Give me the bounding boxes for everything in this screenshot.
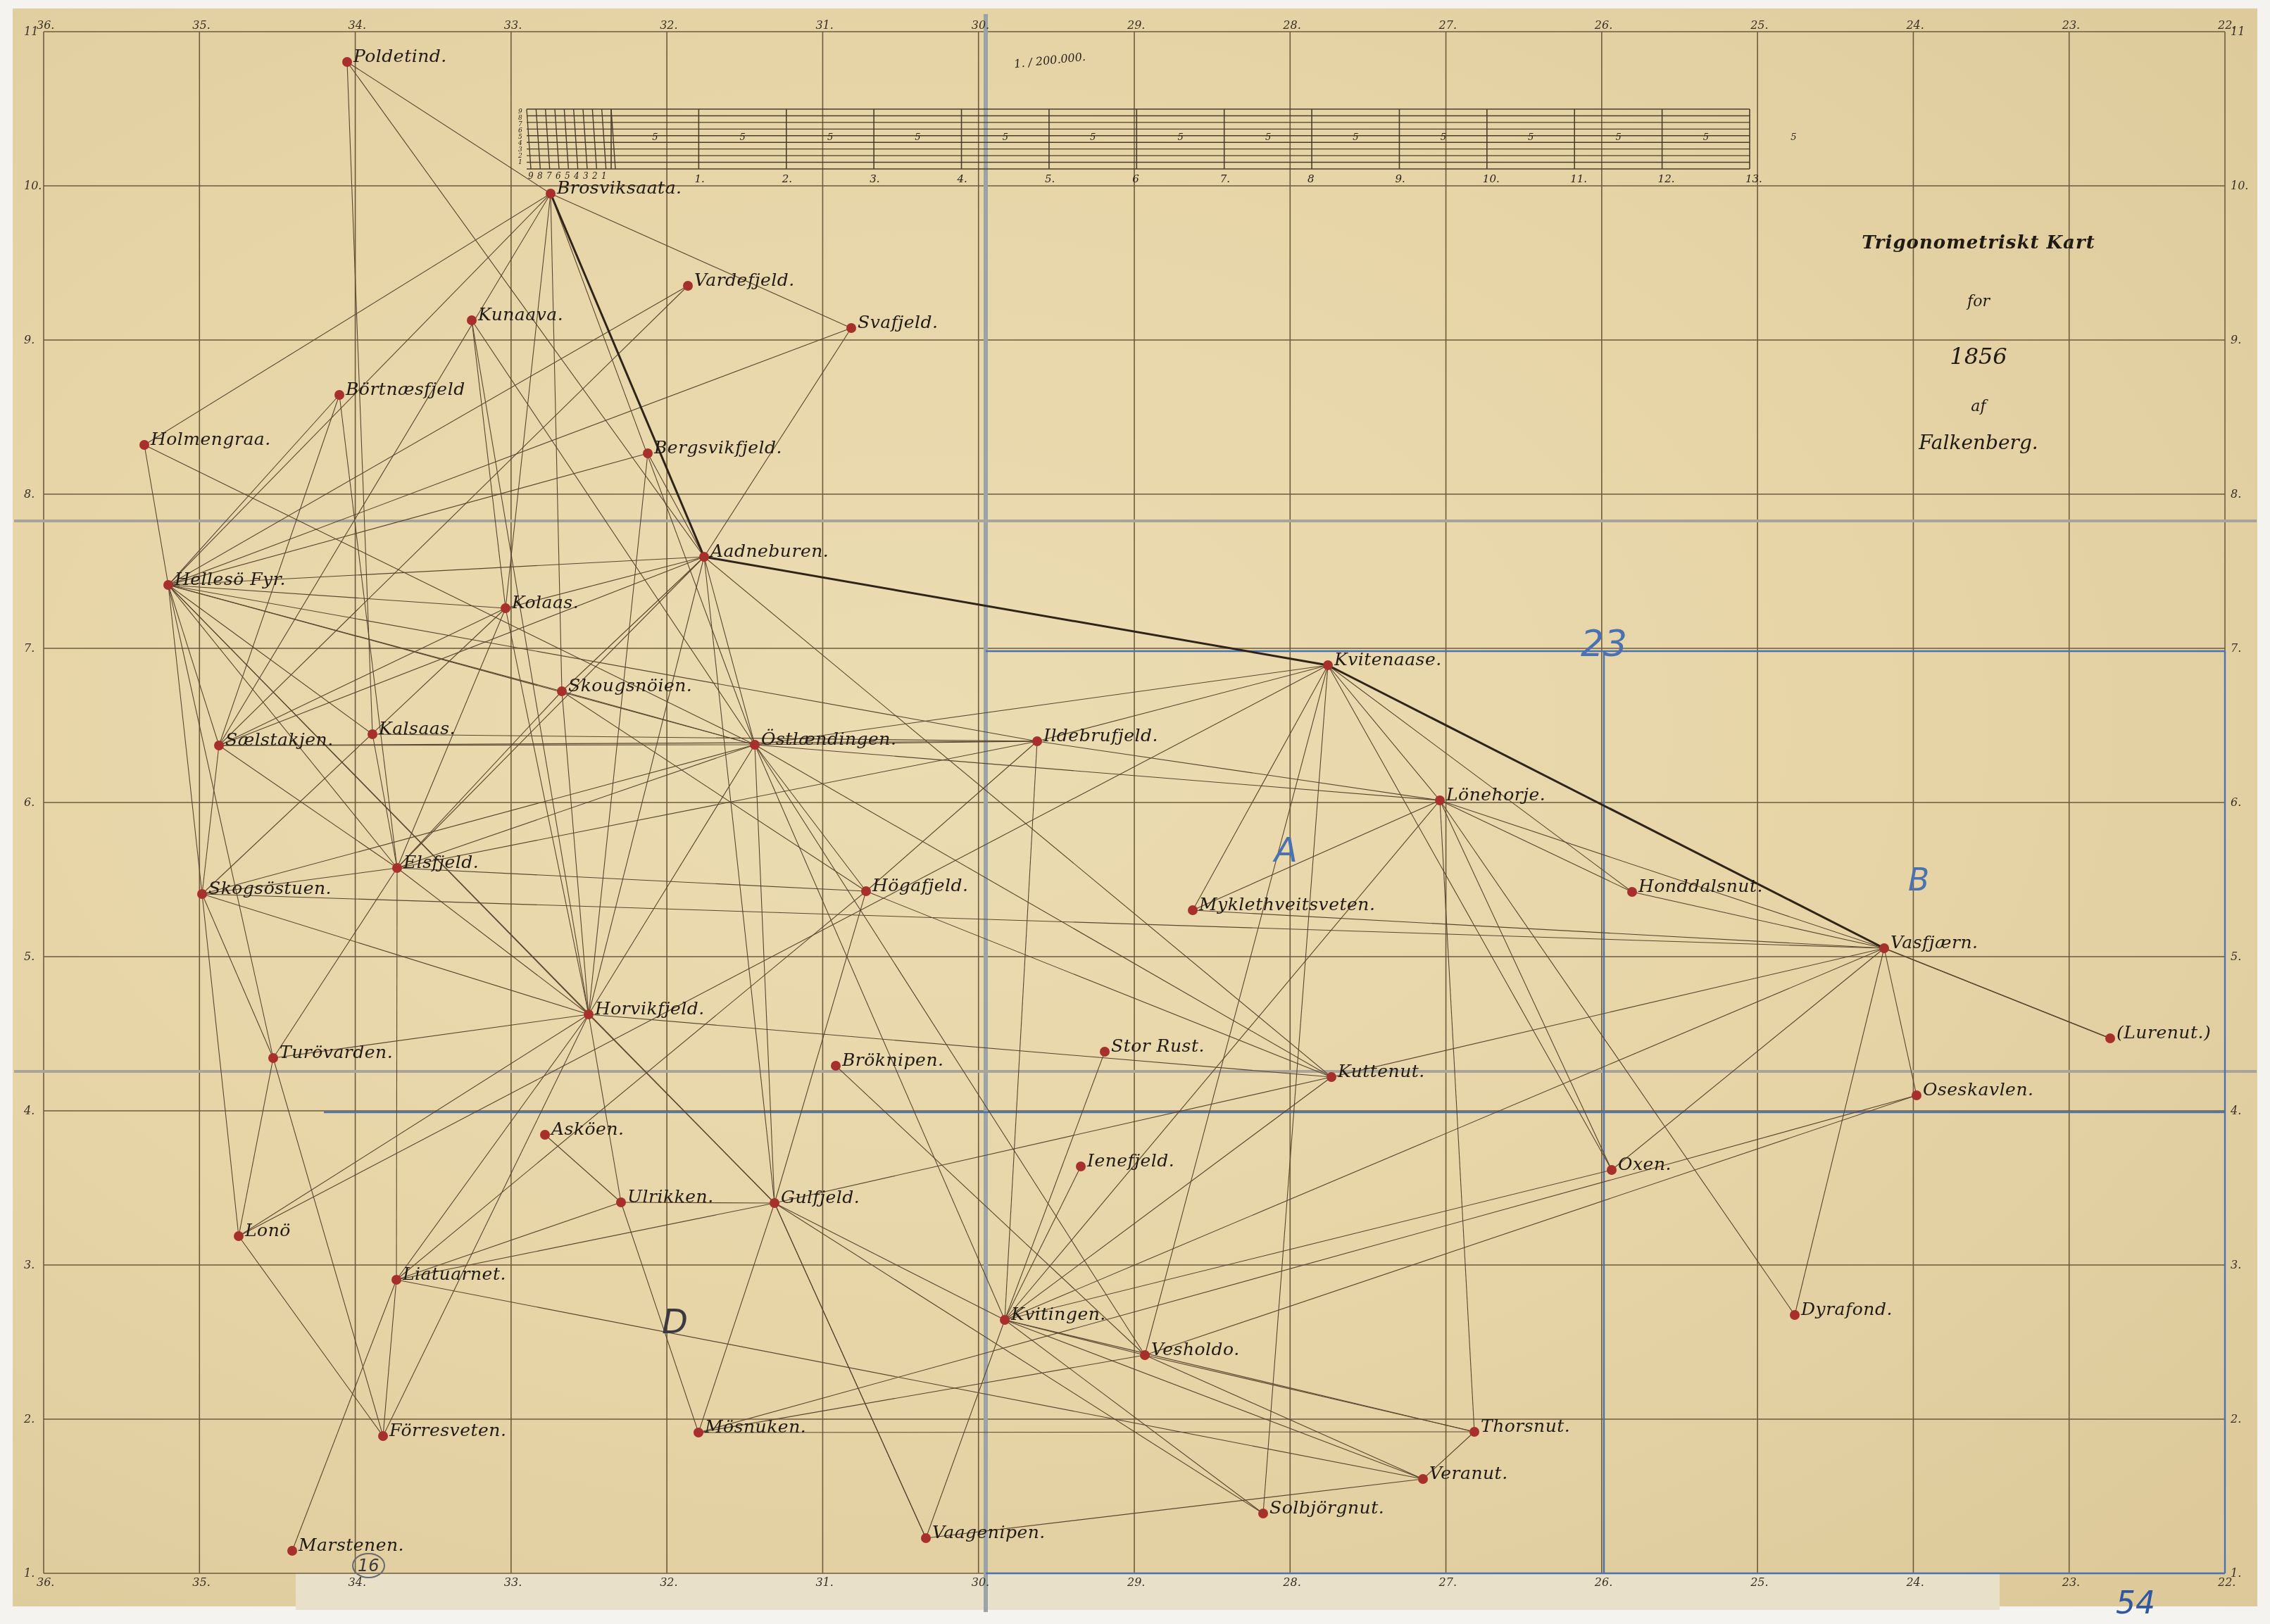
scale-bar-diagonal <box>555 109 559 169</box>
sight-line <box>397 741 1037 868</box>
pencil-sheet-boundary <box>324 651 2225 1573</box>
scale-interval-label: 5 <box>827 132 833 143</box>
scale-row-label: 6 <box>518 127 522 134</box>
scale-subdivision-label: 5 <box>565 171 570 181</box>
station-label[interactable]: Oxen. <box>1618 1154 1672 1174</box>
station-label[interactable]: Bröknipen. <box>842 1050 943 1070</box>
sight-line <box>396 868 397 1280</box>
grid-tick-left: 6. <box>24 795 35 809</box>
scale-interval-label: 5 <box>1178 132 1184 143</box>
grid-tick-top: 27. <box>1439 18 1457 32</box>
scale-interval-label: 5 <box>1441 132 1446 143</box>
station-marker-icon[interactable] <box>921 1533 931 1543</box>
scale-major-label: 8 <box>1308 172 1315 185</box>
station-marker-icon[interactable] <box>699 552 709 562</box>
sight-line <box>168 395 339 585</box>
station-marker-icon[interactable] <box>1076 1162 1086 1171</box>
sight-line <box>1331 948 1884 1077</box>
station-label[interactable]: Ienefjeld. <box>1087 1150 1174 1171</box>
grid-tick-top: 35. <box>192 18 210 32</box>
grid-tick-top: 32. <box>660 18 677 32</box>
sight-line <box>372 734 1037 741</box>
grid-tick-left: 4. <box>24 1104 35 1117</box>
scale-interval-label: 5 <box>915 132 920 143</box>
sight-line <box>168 585 219 745</box>
station-marker-icon[interactable] <box>643 448 653 458</box>
sight-line <box>1145 1355 1423 1479</box>
station-marker-icon[interactable] <box>1188 905 1198 915</box>
sight-line <box>775 1203 926 1538</box>
scale-bar-diagonal <box>527 109 531 169</box>
sight-line <box>1145 665 1328 1355</box>
station-markers <box>139 57 2115 1556</box>
scale-bar-diagonal <box>536 109 540 169</box>
sight-line <box>589 453 648 1014</box>
sight-line <box>1193 665 1328 910</box>
scale-major-label: 11. <box>1570 172 1587 185</box>
grid-tick-left: 8. <box>24 487 35 501</box>
station-marker-icon[interactable] <box>214 741 224 750</box>
title-by: af <box>1831 398 2126 415</box>
station-marker-icon[interactable] <box>197 889 207 899</box>
scale-major-label: 3. <box>870 172 879 185</box>
station-marker-icon[interactable] <box>1418 1474 1428 1484</box>
title-for: for <box>1831 293 2126 310</box>
sight-line <box>1037 741 1440 800</box>
sight-line <box>775 891 866 1203</box>
map-year: 1856 <box>1831 343 2126 370</box>
station-label[interactable]: Svafjeld. <box>858 312 938 332</box>
sight-line <box>372 734 397 868</box>
station-marker-icon[interactable] <box>1032 736 1042 746</box>
sight-line <box>755 745 1005 1320</box>
sight-line <box>1145 1355 1474 1432</box>
station-marker-icon[interactable] <box>1327 1072 1336 1082</box>
station-label[interactable]: Högafjeld. <box>872 875 969 895</box>
scale-bar-graphic <box>527 109 1750 169</box>
scale-major-label: 7. <box>1220 172 1230 185</box>
baseline-segment <box>551 194 704 557</box>
grid-tick-top: 28. <box>1283 18 1300 32</box>
scale-subdivision-label: 1 <box>601 171 607 181</box>
scale-interval-label: 5 <box>1265 132 1271 143</box>
scale-subdivision-label: 6 <box>556 171 561 181</box>
station-label[interactable]: Gulfjeld. <box>781 1187 860 1207</box>
grid-tick-top: 33. <box>504 18 522 32</box>
station-marker-icon[interactable] <box>268 1053 278 1063</box>
station-marker-icon[interactable] <box>1790 1310 1800 1320</box>
sight-line <box>202 608 506 894</box>
station-marker-icon[interactable] <box>1100 1047 1110 1057</box>
station-marker-icon[interactable] <box>683 281 693 291</box>
scale-interval-label: 5 <box>1003 132 1008 143</box>
grid-tick-right: 10. <box>2231 179 2248 192</box>
sight-line <box>755 745 1145 1355</box>
station-label[interactable]: Aadneburen. <box>710 541 829 561</box>
station-label[interactable]: Kolaas. <box>512 592 579 612</box>
scale-subdivision-label: 9 <box>528 171 534 181</box>
station-label[interactable]: Horvikfjeld. <box>595 998 705 1019</box>
grid-tick-bottom: 28. <box>1283 1575 1300 1589</box>
scale-bar-diagonal <box>602 109 606 169</box>
scale-major-label: 10. <box>1483 172 1500 185</box>
grid-tick-right: 4. <box>2231 1104 2241 1117</box>
scale-row-label: 1 <box>518 159 522 166</box>
station-marker-icon[interactable] <box>546 189 556 199</box>
sight-line <box>1005 741 1037 1320</box>
circled-number: 16 <box>352 1553 385 1578</box>
grid-tick-top: 26. <box>1595 18 1612 32</box>
scale-major-label: 5. <box>1045 172 1055 185</box>
station-marker-icon[interactable] <box>557 686 567 696</box>
sight-line <box>545 1135 621 1202</box>
sight-line <box>219 557 704 745</box>
grid-tick-bottom: 35. <box>192 1575 210 1589</box>
station-label[interactable]: Myklethveitsveten. <box>1199 894 1375 914</box>
scale-subdivision-label: 2 <box>592 171 598 181</box>
sight-line <box>1263 665 1328 1513</box>
grid-tick-bottom: 33. <box>504 1575 522 1589</box>
station-marker-icon[interactable] <box>584 1009 594 1019</box>
station-marker-icon[interactable] <box>1258 1509 1268 1518</box>
scale-row-label: 7 <box>518 121 522 128</box>
station-marker-icon[interactable] <box>616 1197 626 1207</box>
station-label[interactable]: Turövarden. <box>280 1042 393 1062</box>
grid-tick-top: 30. <box>972 18 989 32</box>
scale-major-label: 12. <box>1658 172 1675 185</box>
station-label[interactable]: Oseskavlen. <box>1923 1079 2033 1100</box>
scale-row-label: 2 <box>518 153 522 160</box>
station-label[interactable]: Bergsvikfjeld. <box>654 437 782 458</box>
grid-tick-bottom: 32. <box>660 1575 677 1589</box>
station-label[interactable]: (Lurenut.) <box>2117 1022 2211 1043</box>
grid-tick-left: 5. <box>24 950 35 963</box>
grid-tick-right: 1. <box>2231 1566 2241 1580</box>
sight-line <box>551 194 851 328</box>
grid-tick-right: 6. <box>2231 795 2241 809</box>
scale-subdivision-label: 4 <box>574 171 579 181</box>
sight-line <box>506 194 551 608</box>
grid-tick-right: 7. <box>2231 641 2241 655</box>
scale-interval-label: 5 <box>1615 132 1621 143</box>
map-author: Falkenberg. <box>1831 431 2126 454</box>
station-marker-icon[interactable] <box>831 1061 841 1071</box>
sight-line <box>562 691 866 891</box>
sight-line <box>698 1203 775 1433</box>
station-marker-icon[interactable] <box>1000 1315 1010 1325</box>
sight-line <box>551 194 562 691</box>
station-label[interactable]: Sælstakjen. <box>225 729 334 750</box>
sight-line <box>202 894 1884 948</box>
scale-bar-diagonal <box>611 109 615 169</box>
sight-line <box>755 745 775 1203</box>
station-label[interactable]: Elsfjeld. <box>403 852 479 872</box>
scale-subdivision-label: 8 <box>537 171 543 181</box>
grid-tick-right: 9. <box>2231 333 2241 346</box>
station-label[interactable]: Östlændingen. <box>761 729 896 749</box>
grid-tick-left: 3. <box>24 1258 35 1271</box>
station-marker-icon[interactable] <box>334 390 344 400</box>
sight-line <box>339 395 397 868</box>
sight-line <box>1005 800 1440 1320</box>
sight-line <box>1440 800 1612 1170</box>
region-letter-d: D <box>662 1302 688 1342</box>
sight-line <box>755 745 866 891</box>
station-marker-icon[interactable] <box>1140 1350 1150 1360</box>
scale-interval-label: 5 <box>1791 132 1796 143</box>
scale-interval-label: 5 <box>652 132 658 143</box>
scale-interval-label: 5 <box>740 132 746 143</box>
station-label[interactable]: Förresveten. <box>389 1420 506 1440</box>
station-label[interactable]: Marstenen. <box>299 1535 404 1555</box>
station-marker-icon[interactable] <box>378 1431 388 1441</box>
station-label[interactable]: Stor Rust. <box>1111 1036 1205 1056</box>
sight-line <box>472 320 589 1014</box>
scale-major-label: 13. <box>1745 172 1762 185</box>
scale-interval-label: 5 <box>1703 132 1709 143</box>
scale-bar-diagonal <box>574 109 578 169</box>
station-label[interactable]: Holmengraa. <box>151 429 271 449</box>
sight-line <box>775 1077 1331 1203</box>
baseline-segment <box>704 557 1328 665</box>
station-label[interactable]: Skogsöstuen. <box>208 878 332 898</box>
station-marker-icon[interactable] <box>1607 1165 1617 1175</box>
title-cartouche: Trigonometriskt Kart for 1856 af Falkenb… <box>1831 232 2126 454</box>
grid-tick-left: 2. <box>24 1412 35 1425</box>
grid-tick-right: 11 <box>2231 25 2245 38</box>
sight-line <box>589 557 704 1014</box>
station-marker-icon[interactable] <box>1627 887 1637 897</box>
sight-line <box>1884 948 1917 1095</box>
sight-line <box>698 1432 1474 1433</box>
sight-line <box>168 585 397 868</box>
station-label[interactable]: Vasfjærn. <box>1890 932 1979 952</box>
sight-line <box>383 1014 589 1436</box>
station-marker-icon[interactable] <box>342 57 352 67</box>
scale-row-label: 4 <box>518 140 522 147</box>
station-label[interactable]: Vesholdo. <box>1151 1339 1240 1359</box>
sight-line <box>202 745 219 894</box>
grid-tick-top: 25. <box>1750 18 1768 32</box>
station-label[interactable]: Poldetind. <box>353 46 447 66</box>
sight-line <box>239 1058 273 1236</box>
station-label[interactable]: Asköen. <box>551 1119 624 1139</box>
grid-tick-left: 9. <box>24 333 35 346</box>
grid-tick-top: 31. <box>815 18 833 32</box>
scale-row-label: 3 <box>518 146 522 153</box>
scale-bar-diagonal <box>583 109 587 169</box>
region-letter-a: A <box>1274 831 1298 870</box>
station-marker-icon[interactable] <box>1469 1427 1479 1437</box>
sight-line <box>168 585 273 1058</box>
sight-line <box>866 741 1037 891</box>
station-label[interactable]: Kalsaas. <box>379 718 456 738</box>
grid-tick-right: 2. <box>2231 1412 2241 1425</box>
station-marker-icon[interactable] <box>287 1546 297 1556</box>
scale-interval-label: 5 <box>1353 132 1358 143</box>
station-label[interactable]: Hellesö Fyr. <box>175 569 286 589</box>
sight-line <box>144 445 168 585</box>
sight-line <box>1328 665 1612 1170</box>
grid-tick-bottom: 26. <box>1595 1575 1612 1589</box>
sight-line <box>926 1320 1005 1538</box>
station-label[interactable]: Lonö <box>245 1220 291 1240</box>
scale-subdivision-label: 3 <box>583 171 589 181</box>
station-label[interactable]: Vardefjeld. <box>694 270 795 290</box>
sight-line <box>219 745 397 868</box>
station-label[interactable]: Vaagenipen. <box>932 1522 1046 1542</box>
station-marker-icon[interactable] <box>540 1130 550 1140</box>
grid-tick-bottom: 36. <box>37 1575 54 1589</box>
grid-tick-right: 8. <box>2231 487 2241 501</box>
station-label[interactable]: Ildebrufjeld. <box>1043 725 1158 745</box>
grid-tick-left: 11 <box>24 25 38 38</box>
sight-line <box>1005 948 1884 1320</box>
grid-tick-bottom: 30. <box>972 1575 989 1589</box>
sight-line <box>704 557 755 745</box>
station-label[interactable]: Kvitenaase. <box>1334 649 1442 669</box>
scale-major-label: 4. <box>958 172 967 185</box>
sight-line <box>396 891 866 1280</box>
sight-line <box>562 557 704 691</box>
grid-tick-right: 3. <box>2231 1258 2241 1271</box>
pencil-grid-number: 23 <box>1581 623 1627 665</box>
station-marker-icon[interactable] <box>234 1231 244 1241</box>
station-label[interactable]: Solbjörgnut. <box>1269 1497 1384 1518</box>
station-marker-icon[interactable] <box>1879 943 1889 953</box>
sight-line <box>1612 948 1884 1170</box>
scale-major-label: 6 <box>1132 172 1139 185</box>
scale-row-label: 8 <box>518 115 522 122</box>
station-marker-icon[interactable] <box>861 886 871 896</box>
station-label[interactable]: Ulrikken. <box>627 1186 714 1207</box>
grid-tick-left: 7. <box>24 641 35 655</box>
grid-tick-bottom: 29. <box>1127 1575 1145 1589</box>
sight-line <box>704 557 1331 1077</box>
station-marker-icon[interactable] <box>770 1198 779 1208</box>
station-label[interactable]: Dyrafond. <box>1801 1299 1893 1319</box>
station-marker-icon[interactable] <box>368 729 377 739</box>
station-label[interactable]: Skougsnöien. <box>568 675 692 695</box>
scale-bar-diagonal <box>546 109 550 169</box>
baseline-segment <box>1328 665 1884 948</box>
sight-line <box>397 868 589 1014</box>
scale-bar-diagonal <box>564 109 568 169</box>
grid-tick-bottom: 23. <box>2062 1575 2080 1589</box>
station-marker-icon[interactable] <box>139 440 149 450</box>
sight-line <box>144 445 755 745</box>
grid-tick-bottom: 24. <box>1906 1575 1924 1589</box>
sight-line <box>1328 665 1632 892</box>
grid-tick-top: 29. <box>1127 18 1145 32</box>
sight-line <box>562 691 589 1014</box>
sight-line <box>506 608 589 1014</box>
grid-tick-right: 5. <box>2231 950 2241 963</box>
scale-major-label: 2. <box>782 172 792 185</box>
scale-subdivision-label: 7 <box>546 171 552 181</box>
sight-line <box>292 1280 396 1551</box>
sight-line <box>1005 1077 1331 1320</box>
station-label[interactable]: Lönehorje. <box>1446 784 1545 805</box>
scale-interval-label: 5 <box>1528 132 1534 143</box>
sight-line <box>1440 800 1884 948</box>
sight-line <box>396 1280 1423 1479</box>
grid-tick-top: 24. <box>1906 18 1924 32</box>
station-label[interactable]: Thorsnut. <box>1481 1416 1570 1436</box>
station-label[interactable]: Mösnuken. <box>705 1416 806 1437</box>
station-marker-icon[interactable] <box>501 603 510 613</box>
sight-line <box>1884 948 2110 1038</box>
sight-line <box>397 745 755 868</box>
sight-lines <box>144 62 2110 1551</box>
station-label[interactable]: Kunaava. <box>478 304 563 325</box>
sight-line <box>168 453 648 585</box>
scale-major-label: 9. <box>1395 172 1405 185</box>
scale-interval-label: 5 <box>1090 132 1096 143</box>
grid-tick-bottom: 27. <box>1439 1575 1457 1589</box>
station-marker-icon[interactable] <box>1323 660 1333 670</box>
grid-tick-left: 1. <box>24 1566 35 1580</box>
station-marker-icon[interactable] <box>391 1275 401 1285</box>
sight-line <box>202 894 239 1236</box>
sight-line <box>704 557 775 1203</box>
sight-line <box>1632 892 1884 948</box>
station-label[interactable]: Liatuarnet. <box>403 1264 506 1284</box>
station-label[interactable]: Honddalsnut. <box>1638 876 1763 896</box>
grid-tick-bottom: 25. <box>1750 1575 1768 1589</box>
station-label[interactable]: Börtnæsfjeld <box>346 379 465 399</box>
sight-line <box>1005 1170 1612 1320</box>
station-marker-icon[interactable] <box>1435 795 1445 805</box>
sight-line <box>775 1203 1005 1320</box>
station-marker-icon[interactable] <box>846 323 856 333</box>
map-title: Trigonometriskt Kart <box>1831 232 2126 253</box>
sight-line <box>396 1014 589 1280</box>
scale-row-label: 9 <box>518 108 522 115</box>
station-label[interactable]: Kuttenut. <box>1338 1061 1425 1081</box>
scale-bar-diagonal <box>592 109 596 169</box>
station-label[interactable]: Kvitingen. <box>1011 1304 1106 1324</box>
sight-line <box>1328 665 1440 800</box>
sight-line <box>219 608 506 745</box>
grid-tick-top: 23. <box>2062 18 2080 32</box>
station-marker-icon[interactable] <box>392 863 402 873</box>
sight-line <box>698 1095 1917 1433</box>
trigonometric-map: Poldetind.Brosviksaata.Vardefjeld.Kunaav… <box>0 0 2270 1624</box>
sight-line <box>239 1236 383 1436</box>
station-marker-icon[interactable] <box>1912 1090 1921 1100</box>
grid-tick-bottom: 31. <box>815 1575 833 1589</box>
sheet-number: 54 <box>2116 1585 2155 1621</box>
grid-tick-top: 34. <box>349 18 366 32</box>
grid-tick-top: 36. <box>37 18 54 32</box>
scale-major-label: 1. <box>694 172 704 185</box>
station-marker-icon[interactable] <box>694 1428 703 1437</box>
region-letter-b: B <box>1908 862 1929 898</box>
station-marker-icon[interactable] <box>750 740 760 750</box>
grid-tick-left: 10. <box>24 179 42 192</box>
station-marker-icon[interactable] <box>467 315 477 325</box>
sight-line <box>168 585 202 894</box>
sight-line <box>589 1014 1331 1077</box>
sight-line <box>648 453 704 557</box>
station-marker-icon[interactable] <box>2105 1033 2115 1043</box>
sight-line <box>202 894 273 1058</box>
scale-row-label: 5 <box>518 134 522 141</box>
station-label[interactable]: Veranut. <box>1429 1463 1508 1483</box>
station-marker-icon[interactable] <box>163 580 173 590</box>
sight-line <box>273 1058 383 1436</box>
